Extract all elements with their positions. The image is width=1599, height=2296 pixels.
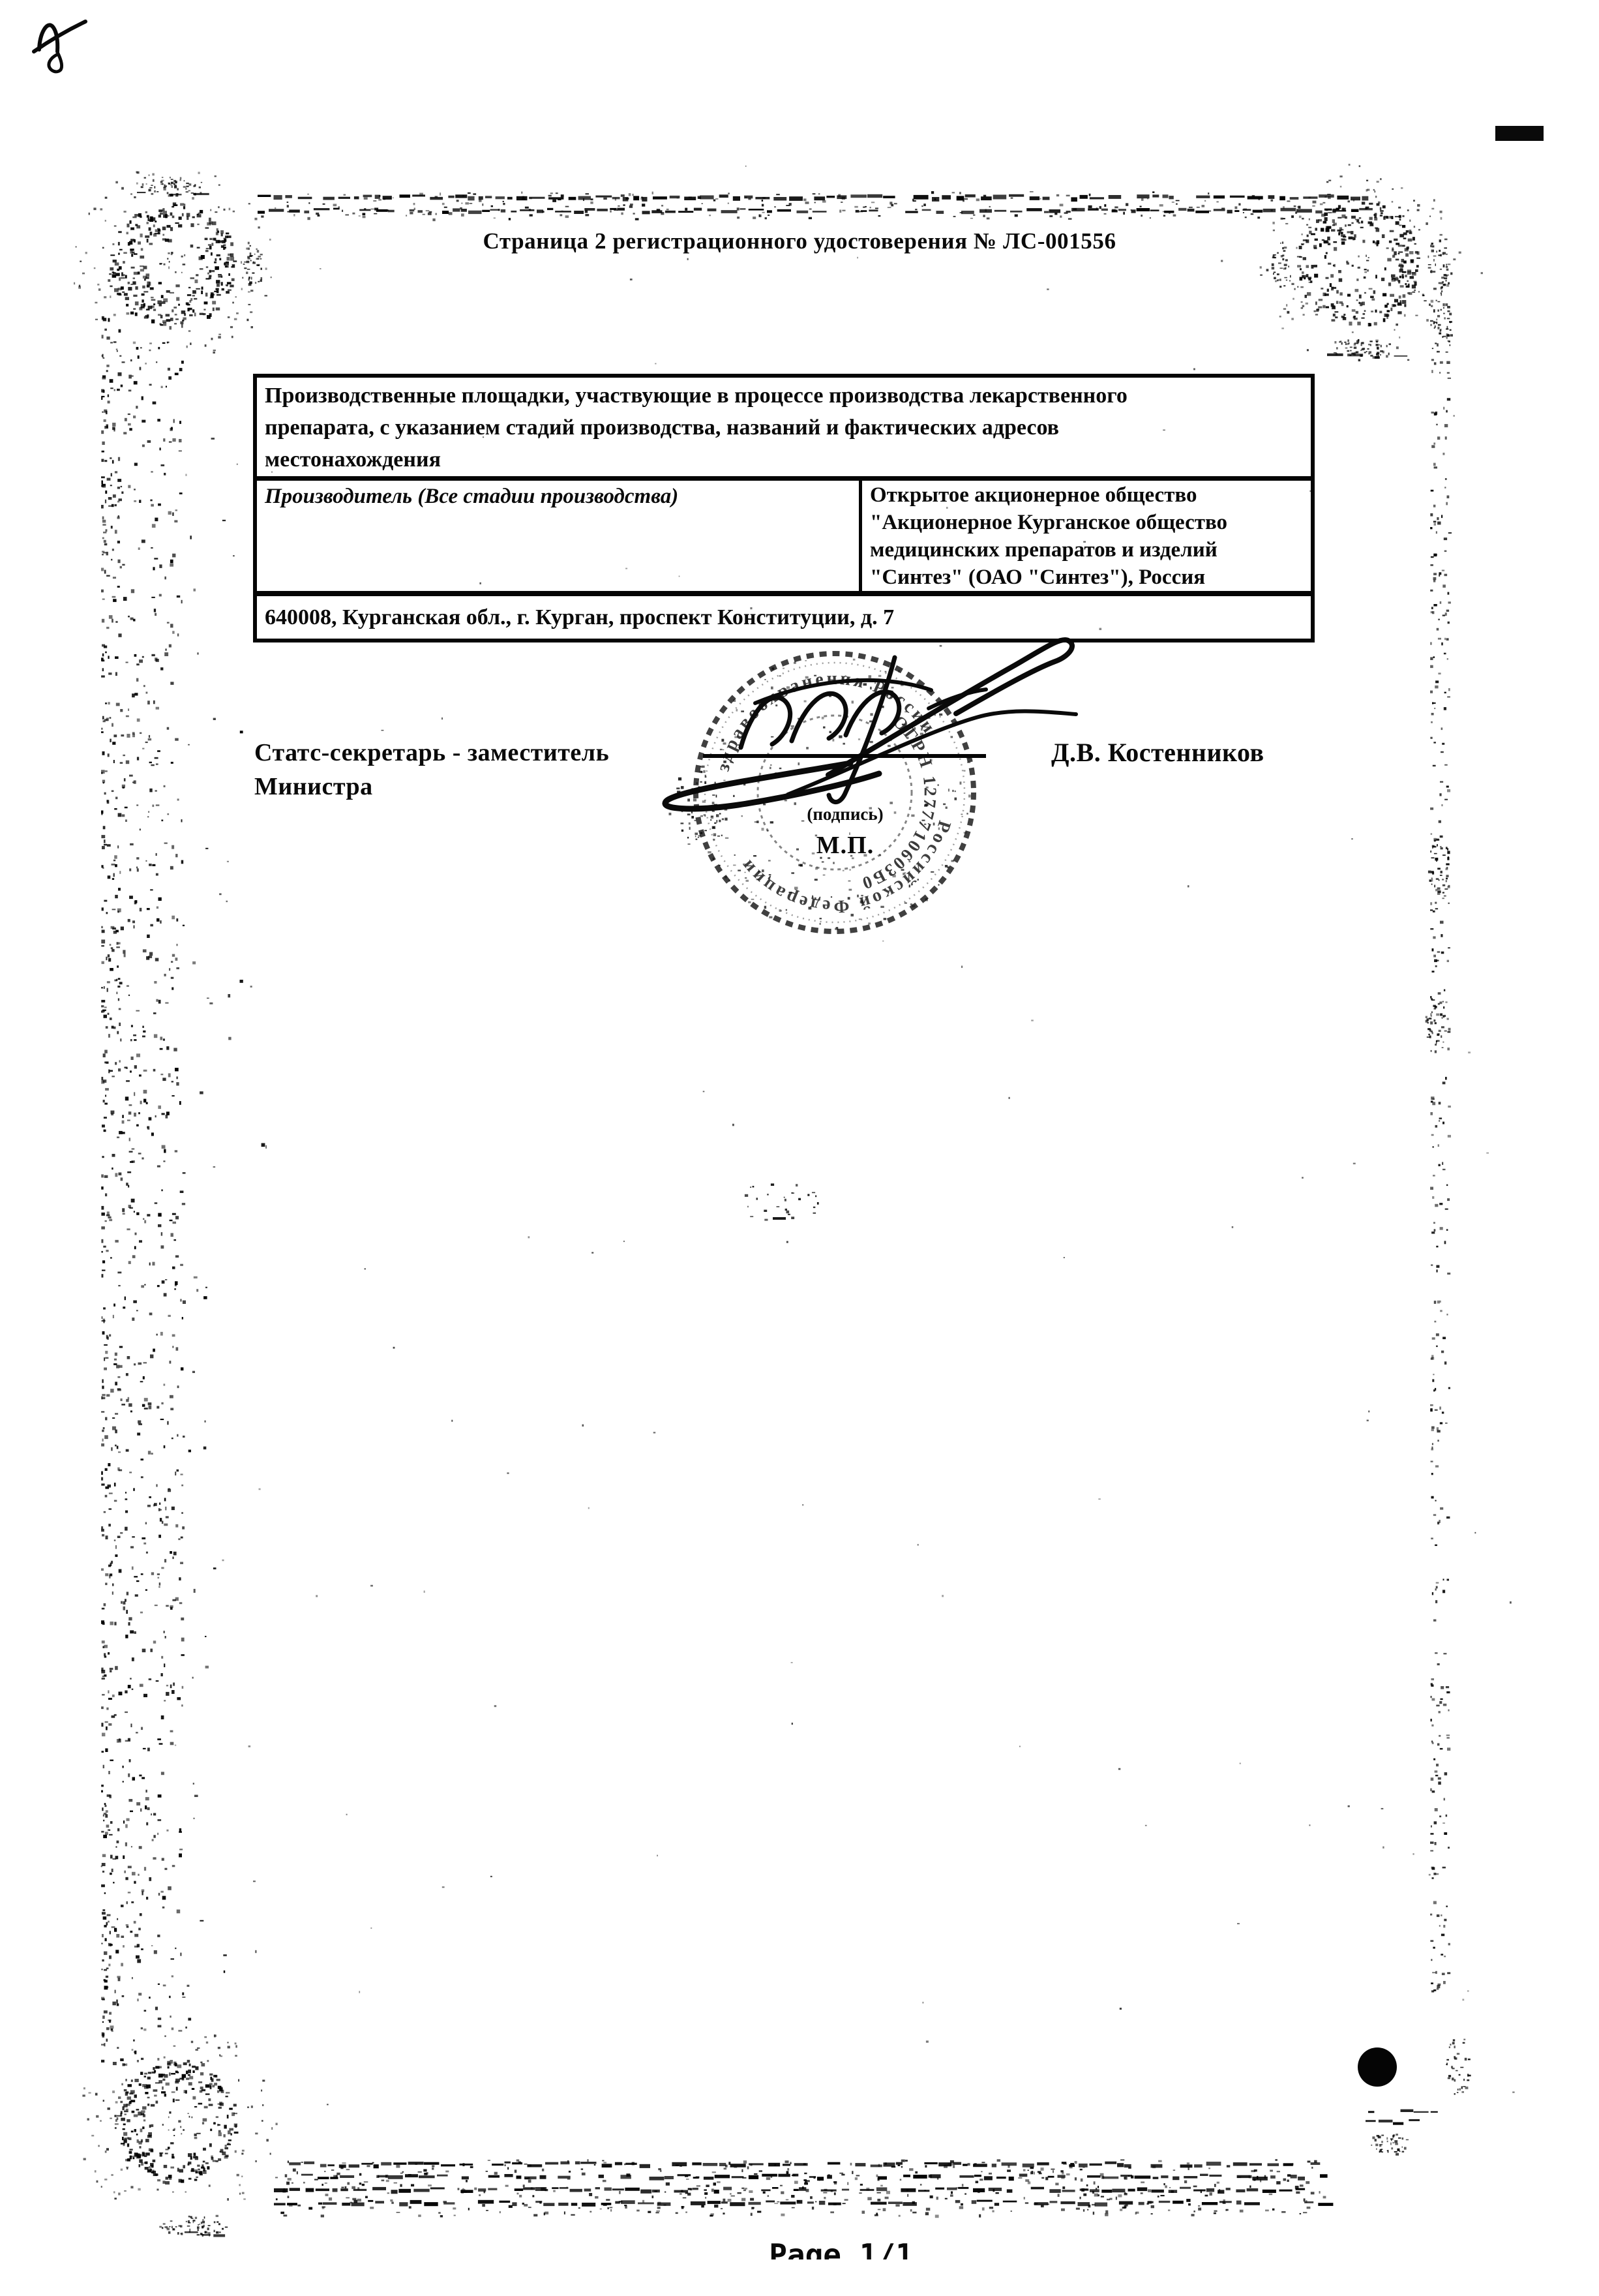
signature-caption: (подпись) bbox=[780, 804, 910, 824]
svg-text:ОГРН 1277710603Б0: ОГРН 1277710603Б0 bbox=[858, 712, 940, 894]
table-header-line: местонахождения bbox=[265, 444, 1303, 476]
signer-title-line2: Министра bbox=[254, 772, 373, 801]
producer-value-line: медицинских препаратов и изделий bbox=[870, 536, 1304, 564]
page-footer-clip: Page 1/1 bbox=[750, 2238, 933, 2259]
producer-value-line: "Синтез" (ОАО "Синтез"), Россия bbox=[870, 564, 1304, 591]
producer-value-cell: Открытое акционерное общество "Акционерн… bbox=[862, 481, 1311, 591]
scanned-certificate-page: здравоохранения России Российской Федера… bbox=[0, 0, 1599, 2296]
table-header-line: Производственные площадки, участвующие в… bbox=[265, 380, 1303, 412]
scan-decoration-layer: здравоохранения России Российской Федера… bbox=[0, 0, 1599, 2296]
stamp-ring-text-inner: ОГРН 1277710603Б0 bbox=[858, 712, 940, 894]
signer-title-line1: Статс-секретарь - заместитель bbox=[254, 738, 609, 767]
page-footer: Page 1/1 bbox=[750, 2238, 933, 2259]
signature-strokes bbox=[665, 640, 1076, 809]
producer-value-line: "Акционерное Курганское общество bbox=[870, 509, 1304, 536]
seal-place-caption: М.П. bbox=[780, 831, 910, 860]
table-header-line: препарата, с указанием стадий производст… bbox=[265, 412, 1303, 444]
pen-mark bbox=[34, 22, 85, 72]
address-row: 640008, Курганская обл., г. Курган, прос… bbox=[257, 596, 1311, 646]
ministry-round-stamp: здравоохранения России Российской Федера… bbox=[696, 654, 974, 931]
page-title: Страница 2 регистрационного удостоверени… bbox=[0, 228, 1599, 254]
corner-dash-mark bbox=[1495, 126, 1544, 141]
producer-row: Производитель (Все стадии производства) … bbox=[257, 481, 1311, 596]
ink-blot bbox=[1358, 2047, 1397, 2087]
production-sites-table: Производственные площадки, участвующие в… bbox=[253, 374, 1315, 642]
signature-underline bbox=[703, 754, 986, 758]
producer-address: 640008, Курганская обл., г. Курган, прос… bbox=[265, 605, 1303, 630]
producer-value-line: Открытое акционерное общество bbox=[870, 481, 1304, 509]
table-header-row: Производственные площадки, участвующие в… bbox=[257, 378, 1311, 481]
producer-label-cell: Производитель (Все стадии производства) bbox=[257, 481, 862, 591]
producer-label: Производитель (Все стадии производства) bbox=[265, 485, 678, 508]
signer-name: Д.В. Костенников bbox=[1051, 737, 1264, 768]
